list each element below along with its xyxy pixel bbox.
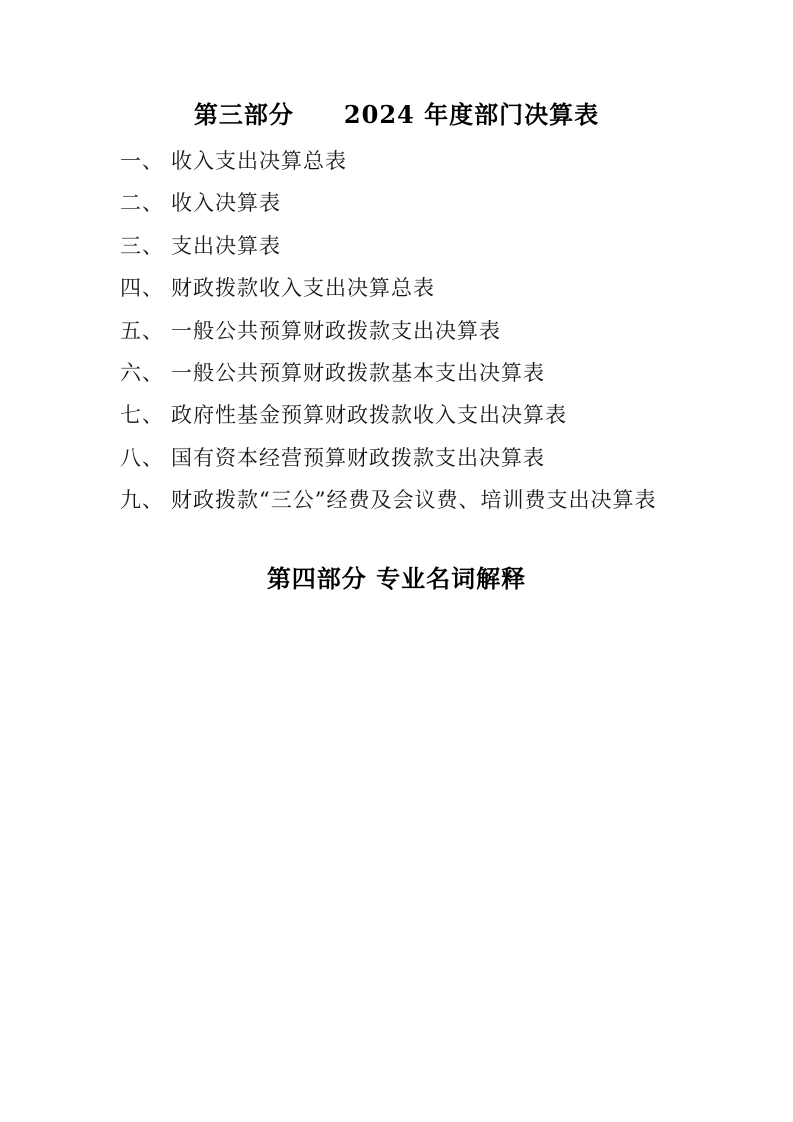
section4-title: 第四部分 专业名词解释 bbox=[0, 565, 793, 592]
toc-item-number: 二、 bbox=[120, 182, 164, 224]
toc-item-number: 七、 bbox=[120, 394, 164, 436]
toc-item: 五、一般公共预算财政拨款支出决算表 bbox=[120, 310, 763, 352]
toc-item-number: 八、 bbox=[120, 437, 164, 479]
toc-item: 四、财政拨款收入支出决算总表 bbox=[120, 267, 763, 309]
toc-item: 一、收入支出决算总表 bbox=[120, 140, 763, 182]
toc-item: 八、国有资本经营预算财政拨款支出决算表 bbox=[120, 437, 763, 479]
toc-item-label: 收入决算表 bbox=[171, 191, 281, 215]
toc-item-number: 五、 bbox=[120, 310, 164, 352]
toc-item-label: 一般公共预算财政拨款基本支出决算表 bbox=[171, 361, 545, 385]
toc-item-label: 国有资本经营预算财政拨款支出决算表 bbox=[171, 446, 545, 470]
toc-list: 一、收入支出决算总表 二、收入决算表 三、支出决算表 四、财政拨款收入支出决算总… bbox=[0, 140, 793, 522]
toc-item: 六、一般公共预算财政拨款基本支出决算表 bbox=[120, 352, 763, 394]
toc-item-label: 收入支出决算总表 bbox=[171, 149, 347, 173]
toc-item: 九、财政拨款“三公”经费及会议费、培训费支出决算表 bbox=[120, 479, 763, 521]
toc-item-number: 三、 bbox=[120, 225, 164, 267]
toc-item-label: 一般公共预算财政拨款支出决算表 bbox=[171, 319, 501, 343]
toc-item-number: 四、 bbox=[120, 267, 164, 309]
toc-item: 三、支出决算表 bbox=[120, 225, 763, 267]
toc-item-number: 六、 bbox=[120, 352, 164, 394]
toc-item-number: 九、 bbox=[120, 479, 164, 521]
toc-item-label: 财政拨款收入支出决算总表 bbox=[171, 276, 435, 300]
toc-item-label: 支出决算表 bbox=[171, 234, 281, 258]
section3-title: 第三部分 2024 年度部门决算表 bbox=[0, 0, 793, 128]
toc-item-number: 一、 bbox=[120, 140, 164, 182]
toc-item-label: 政府性基金预算财政拨款收入支出决算表 bbox=[171, 403, 567, 427]
toc-item-label: 财政拨款“三公”经费及会议费、培训费支出决算表 bbox=[171, 488, 656, 512]
document-page: 第三部分 2024 年度部门决算表 一、收入支出决算总表 二、收入决算表 三、支… bbox=[0, 0, 793, 1122]
toc-item: 七、政府性基金预算财政拨款收入支出决算表 bbox=[120, 394, 763, 436]
toc-item: 二、收入决算表 bbox=[120, 182, 763, 224]
